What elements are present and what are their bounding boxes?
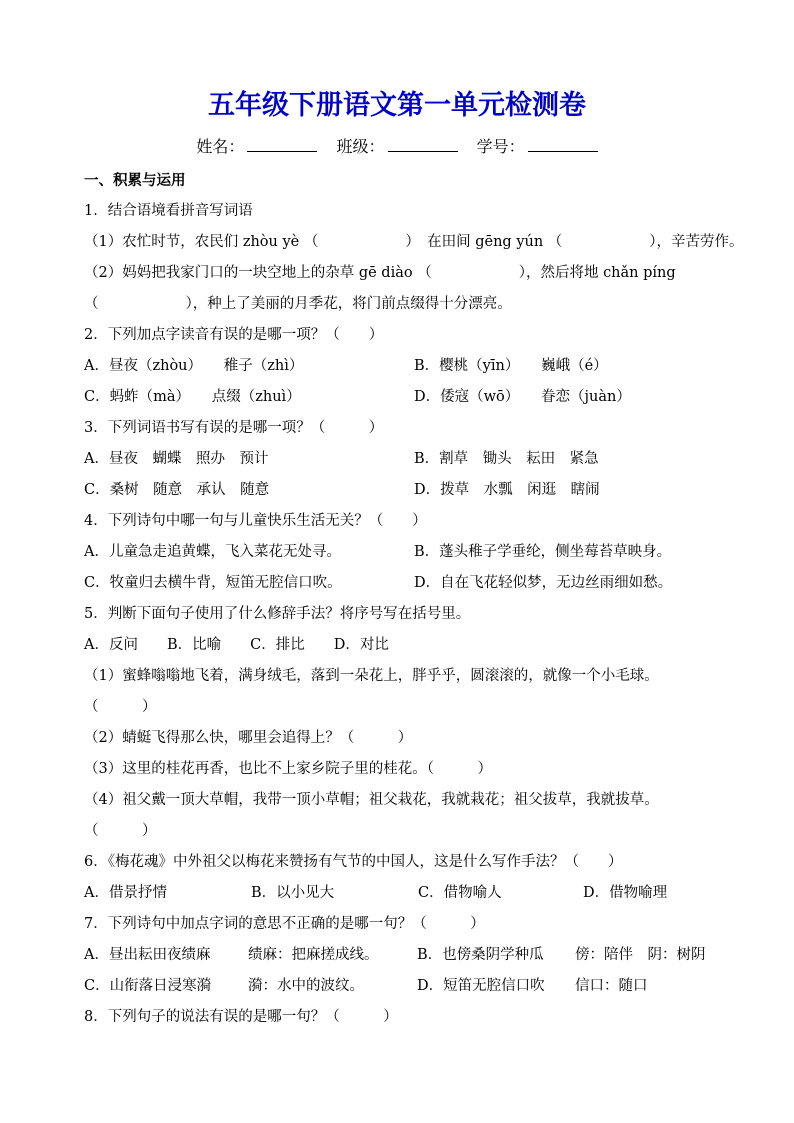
q3-option-d: D．拨草 水瓢 闲逛 瞎闹: [414, 475, 754, 506]
q7-option-c-gloss: 漪：水中的波纹。: [248, 971, 417, 1002]
q6-stem: 6．《梅花魂》中外祖父以梅花来赞扬有气节的中国人，这是什么写作手法？（ ）: [84, 847, 754, 878]
exam-document: 五年级下册语文第一单元检测卷 姓名： 班级： 学号： 一、积累与运用 1．结合语…: [0, 0, 794, 1123]
name-label: 姓名：: [196, 137, 244, 156]
q2-option-d: D．倭寇（wō） 眷恋（juàn）: [414, 382, 754, 413]
q3-option-a: A．昼夜 蝴蝶 照办 预计: [84, 444, 414, 475]
student-info-row: 姓名： 班级： 学号：: [0, 132, 794, 162]
q2-option-c: C．蚂蚱（mà） 点缀（zhuì）: [84, 382, 414, 413]
q5-item-3: （3）这里的桂花再香，也比不上家乡院子里的桂花。（ ）: [84, 754, 754, 785]
q4-option-c: C．牧童归去横牛背，短笛无腔信口吹。: [84, 568, 414, 599]
q1-part-1: （1）农忙时节，农民们 zhòu yè （ ） 在田间 gēng yún （ ）…: [84, 227, 754, 258]
q4-options-row-2: C．牧童归去横牛背，短笛无腔信口吹。 D．自在飞花轻似梦，无边丝雨细如愁。: [84, 568, 754, 599]
class-field: 班级：: [336, 132, 457, 162]
q7-option-d-phrase: D．短笛无腔信口吹: [417, 971, 575, 1002]
q6-option-b: B．以小见大: [251, 878, 418, 909]
student-id-field: 学号：: [477, 132, 598, 162]
student-id-label: 学号：: [477, 137, 525, 156]
q8-stem: 8．下列句子的说法有误的是哪一句？（ ）: [84, 1002, 754, 1033]
name-blank-line: [247, 136, 317, 152]
q7-option-d-gloss: 信口：随口: [575, 971, 754, 1002]
q7-options-row-1: A．昼出耘田夜绩麻 绩麻：把麻搓成线。 B．也傍桑阴学种瓜 傍：陪伴 阴：树阴: [84, 940, 754, 971]
q4-stem: 4．下列诗句中哪一句与儿童快乐生活无关？（ ）: [84, 506, 754, 537]
q5-item-2: （2）蜻蜓飞得那么快，哪里会追得上？（ ）: [84, 723, 754, 754]
page-title: 五年级下册语文第一单元检测卷: [0, 90, 794, 122]
q3-options-row-2: C．桑树 随意 承认 随意 D．拨草 水瓢 闲逛 瞎闹: [84, 475, 754, 506]
section-heading: 一、积累与运用: [84, 165, 754, 196]
q7-options-row-2: C．山衔落日浸寒漪 漪：水中的波纹。 D．短笛无腔信口吹 信口：随口: [84, 971, 754, 1002]
q5-item-1: （1）蜜蜂嗡嗡地飞着，满身绒毛，落到一朵花上，胖乎乎，圆滚滚的，就像一个小毛球。: [84, 661, 754, 692]
class-label: 班级：: [336, 137, 384, 156]
q3-stem: 3．下列词语书写有误的是哪一项？（ ）: [84, 413, 754, 444]
q5-item-4-answer-bracket: （ ）: [84, 816, 754, 847]
q6-options-row: A．借景抒情 B．以小见大 C．借物喻人 D．借物喻理: [84, 878, 754, 909]
q3-option-b: B．割草 锄头 耘田 紧急: [414, 444, 754, 475]
q7-option-b-gloss: 傍：陪伴 阴：树阴: [575, 940, 754, 971]
q6-option-d: D．借物喻理: [583, 878, 754, 909]
class-blank-line: [388, 136, 458, 152]
q7-option-a-phrase: A．昼出耘田夜绩麻: [84, 940, 248, 971]
q1-part-2: （2）妈妈把我家门口的一块空地上的杂草 gē diào （ ），然后将地 chǎ…: [84, 258, 754, 289]
q5-item-4: （4）祖父戴一顶大草帽，我带一顶小草帽；祖父栽花，我就栽花；祖父拔草，我就拔草。: [84, 785, 754, 816]
q5-choices-line: A．反问 B．比喻 C．排比 D．对比: [84, 630, 754, 661]
q2-options-row-2: C．蚂蚱（mà） 点缀（zhuì） D．倭寇（wō） 眷恋（juàn）: [84, 382, 754, 413]
q3-options-row-1: A．昼夜 蝴蝶 照办 预计 B．割草 锄头 耘田 紧急: [84, 444, 754, 475]
q7-stem: 7．下列诗句中加点字词的意思不正确的是哪一句？（ ）: [84, 909, 754, 940]
q6-option-a: A．借景抒情: [84, 878, 251, 909]
q7-option-b-phrase: B．也傍桑阴学种瓜: [417, 940, 575, 971]
name-field: 姓名：: [196, 132, 317, 162]
q2-option-a: A．昼夜（zhòu） 稚子（zhì）: [84, 351, 414, 382]
q1-stem: 1．结合语境看拼音写词语: [84, 196, 754, 227]
q4-option-d: D．自在飞花轻似梦，无边丝雨细如愁。: [414, 568, 754, 599]
q6-option-c: C．借物喻人: [418, 878, 583, 909]
q2-options-row-1: A．昼夜（zhòu） 稚子（zhì） B．樱桃（yīn） 巍峨（é）: [84, 351, 754, 382]
q2-option-b: B．樱桃（yīn） 巍峨（é）: [414, 351, 754, 382]
student-id-blank-line: [528, 136, 598, 152]
q7-option-a-gloss: 绩麻：把麻搓成线。: [248, 940, 417, 971]
q5-item-1-answer-bracket: （ ）: [84, 692, 754, 723]
q3-option-c: C．桑树 随意 承认 随意: [84, 475, 414, 506]
q4-option-b: B．蓬头稚子学垂纶，侧坐莓苔草映身。: [414, 537, 754, 568]
q7-option-c-phrase: C．山衔落日浸寒漪: [84, 971, 248, 1002]
q1-part-2-continued: （ ），种上了美丽的月季花，将门前点缀得十分漂亮。: [84, 289, 754, 320]
q2-stem: 2．下列加点字读音有误的是哪一项？（ ）: [84, 320, 754, 351]
q4-option-a: A．儿童急走追黄蝶，飞入菜花无处寻。: [84, 537, 414, 568]
q4-options-row-1: A．儿童急走追黄蝶，飞入菜花无处寻。 B．蓬头稚子学垂纶，侧坐莓苔草映身。: [84, 537, 754, 568]
q5-stem: 5．判断下面句子使用了什么修辞手法？将序号写在括号里。: [84, 599, 754, 630]
